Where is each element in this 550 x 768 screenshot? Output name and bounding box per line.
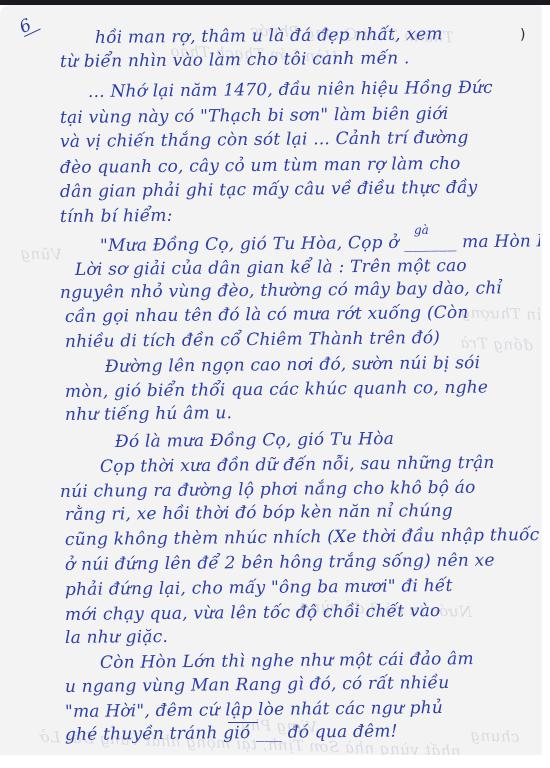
handwritten-line: hồi man rợ, thâm u là đá đẹp nhất, xem [95, 24, 443, 48]
handwritten-line: nguyên nhỏ vùng đèo, thường có mây bay d… [60, 278, 502, 303]
handwritten-line: ở núi đứng lên để 2 bên hông trắng sống)… [65, 551, 495, 575]
handwritten-line: u ngang vùng Man Rang gì đó, có rất nhiề… [65, 673, 450, 697]
handwritten-line: nhiều di tích đền cổ Chiêm Thành trên đó… [65, 328, 440, 352]
scan-bottom-margin [0, 755, 550, 768]
handwritten-line: "ma Hời", đêm cứ lập lòe nhát các ngư ph… [65, 698, 443, 722]
bleed-text: đồng Trà [460, 334, 534, 355]
manuscript-paper: Thanh Thái Quang Phước Hòn Lớn Thạch Thả… [0, 5, 540, 755]
handwritten-line: Lời sơ giải của dân gian kể là : Trên mộ… [75, 256, 467, 280]
handwritten-line: mới chạy qua, vừa lên tốc độ chồi chết v… [65, 601, 441, 625]
handwritten-line: cũng không thèm nhúc nhích (Xe thời đầu … [65, 525, 540, 550]
handwritten-line: từ biển nhìn vào làm cho tôi canh mến . [60, 48, 410, 72]
handwritten-line: tính bí hiểm: [60, 206, 173, 227]
handwritten-line: phải đứng lại, cho mấy "ông ba mươi" đi … [65, 576, 453, 600]
handwritten-line: cần gọi nhau tên đó là có mưa rớt xuống … [65, 303, 469, 327]
handwritten-line: Đường lên ngọn cao nơi đó, sườn núi bị s… [105, 353, 480, 377]
corner-mark: ) [520, 27, 525, 43]
handwritten-line: ... Nhớ lại năm 1470, đầu niên hiệu Hồng… [88, 78, 493, 102]
handwritten-line: la như giặc. [65, 627, 168, 648]
insertion-mark: gà [414, 223, 429, 237]
handwritten-line: Cọp thời xưa đồn dữ đến nỗi, sau những t… [100, 453, 495, 477]
handwritten-line: đèo quanh co, cây cỏ um tùm man rợ làm c… [60, 154, 461, 178]
handwritten-line: Đó là mưa Đồng Cọ, gió Tu Hòa [115, 429, 394, 452]
scanned-page: Thanh Thái Quang Phước Hòn Lớn Thạch Thả… [0, 0, 550, 768]
page-number: 6 [17, 14, 40, 37]
bleed-text: chung [470, 726, 520, 746]
handwritten-line: ghé thuyền tránh gió ___ đó qua đêm! [65, 722, 398, 745]
handwritten-line: rằng ri, xe hồi thời đó bóp kèn năn nỉ c… [65, 501, 453, 525]
handwritten-line: như tiếng hú âm u. [65, 403, 232, 425]
handwritten-line: tại vùng này có "Thạch bi sơn" làm biên … [60, 104, 449, 128]
bleed-text: Vũng [20, 244, 62, 263]
handwritten-line: mòn, gió biển thổi qua các khúc quanh co… [65, 378, 488, 402]
handwritten-line: núi chung ra đường lộ phơi nắng cho khô … [60, 478, 476, 502]
end-of-section-rule [228, 722, 258, 723]
handwritten-line: "Mưa Đồng Cọ, gió Tu Hòa, Cọp ở ______ m… [100, 231, 540, 256]
handwritten-line: Còn Hòn Lớn thì nghe như một cái đảo âm [100, 649, 474, 673]
handwritten-line: dân gian phải ghi tạc mấy câu về điều th… [60, 178, 478, 202]
bleed-text: Tuần Thượng [460, 303, 540, 325]
handwritten-line: và vị chiến thắng còn sót lại ... Cảnh t… [60, 128, 469, 152]
